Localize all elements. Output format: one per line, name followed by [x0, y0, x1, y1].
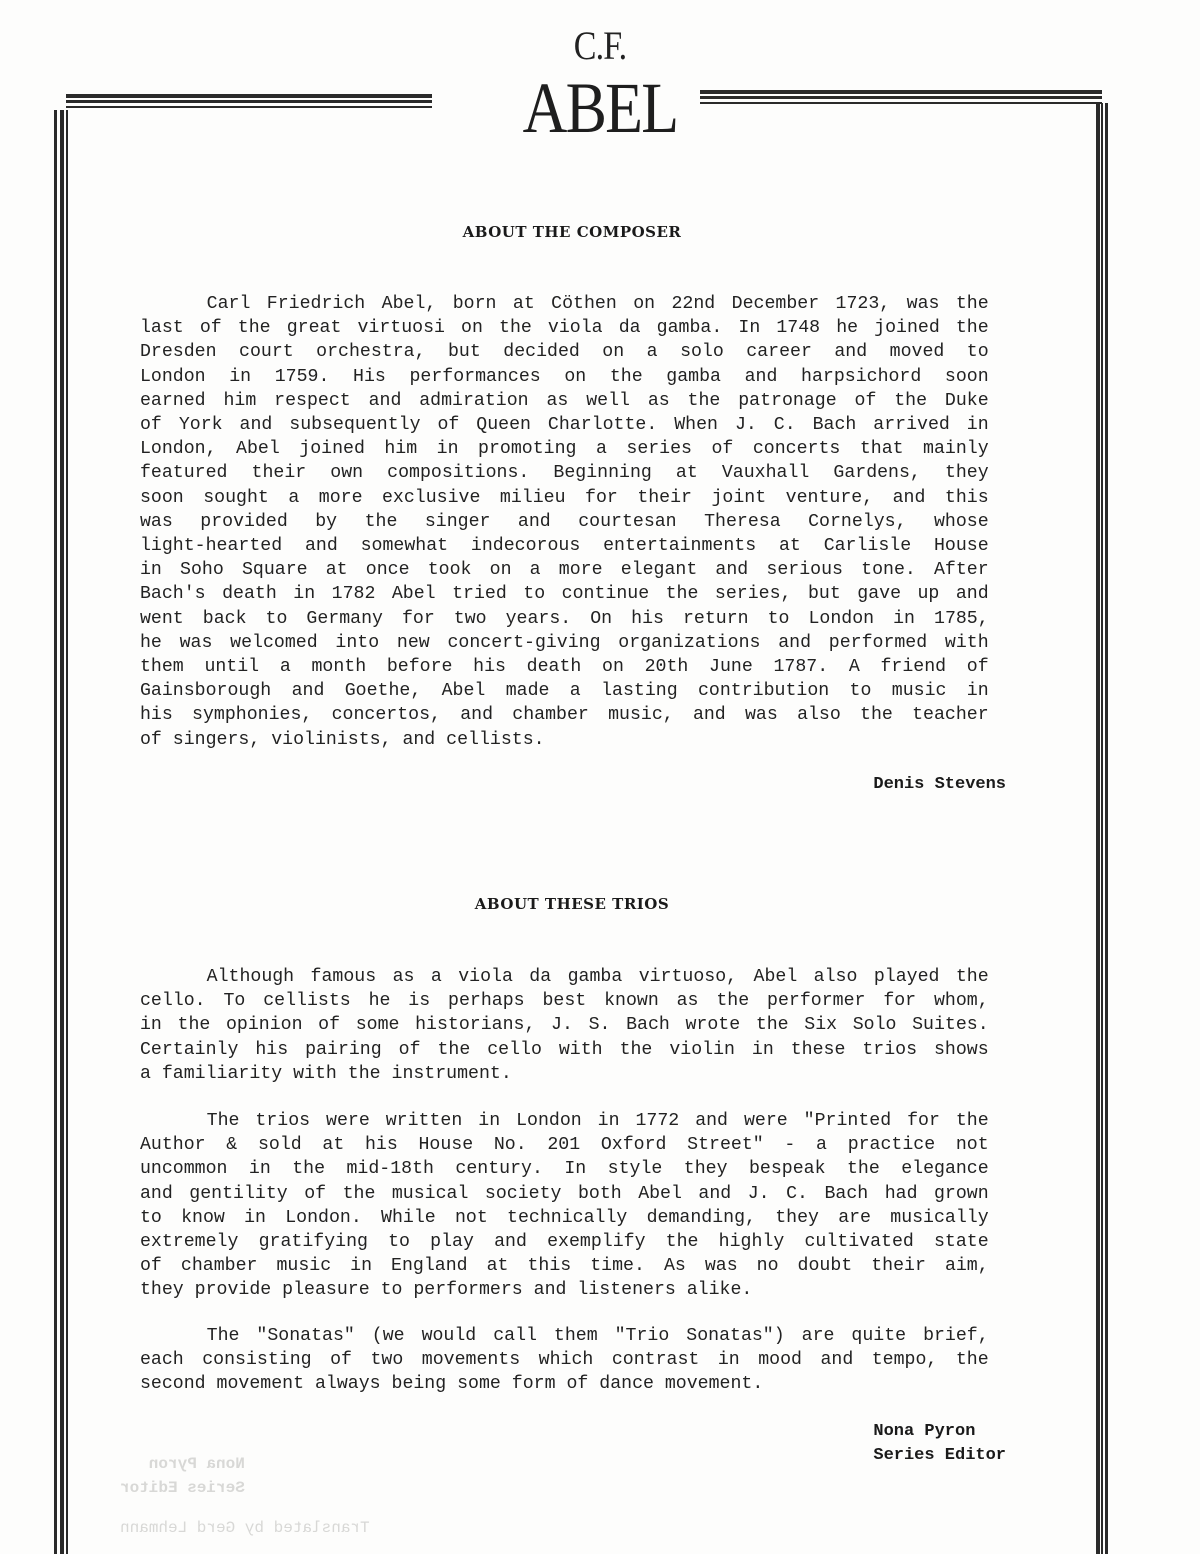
paragraph-line: of chamber music in England at this time… [140, 1254, 989, 1278]
paragraph-line: The "Sonatas" (we would call them "Trio … [140, 1324, 989, 1348]
paragraph-line: in the opinion of some historians, J. S.… [140, 1013, 989, 1037]
paragraph-line: Certainly his pairing of the cello with … [140, 1038, 989, 1062]
paragraph-line: light-hearted and somewhat indecorous en… [140, 534, 989, 558]
paragraph-line: Although famous as a viola da gamba virt… [140, 965, 989, 989]
paragraph-line: went back to Germany for two years. On h… [140, 607, 989, 631]
paragraph-line: of singers, violinists, and cellists. [140, 728, 989, 752]
paragraph-line: Dresden court orchestra, but decided on … [140, 340, 989, 364]
paragraph-line: them until a month before his death on 2… [140, 655, 989, 679]
trios-paragraph-2: The trios were written in London in 1772… [140, 1109, 989, 1303]
paragraph-line: Author & sold at his House No. 201 Oxfor… [140, 1133, 989, 1157]
paragraph-line: his symphonies, concertos, and chamber m… [140, 703, 989, 727]
paragraph-line: second movement always being some form o… [140, 1372, 989, 1396]
paragraph-line: to know in London. While not technically… [140, 1206, 989, 1230]
bleed-through-text: Translated by Gerd Lehmann [120, 1516, 370, 1540]
paragraph-line: Carl Friedrich Abel, born at Cöthen on 2… [140, 292, 989, 316]
paragraph-line: he was welcomed into new concert-giving … [140, 631, 989, 655]
frame-left-rule [54, 110, 68, 1554]
paragraph-line: cello. To cellists he is perhaps best kn… [140, 989, 989, 1013]
composer-signature: Denis Stevens [873, 773, 1006, 797]
signature-title: Series Editor [873, 1444, 1006, 1468]
bleed-through-text: Nona Pyron Series Editor [120, 1452, 245, 1500]
signature-name: Nona Pyron [873, 1420, 1006, 1444]
signature-name: Denis Stevens [873, 775, 1006, 794]
trios-paragraph-3: The "Sonatas" (we would call them "Trio … [140, 1324, 989, 1397]
paragraph-line: The trios were written in London in 1772… [140, 1109, 989, 1133]
paragraph-line: soon sought a more exclusive milieu for … [140, 486, 989, 510]
paragraph-line: was provided by the singer and courtesan… [140, 510, 989, 534]
paragraph-line: uncommon in the mid-18th century. In sty… [140, 1157, 989, 1181]
paragraph-line: a familiarity with the instrument. [140, 1062, 989, 1086]
frame-top-left-rule [66, 94, 432, 108]
paragraph-line: Gainsborough and Goethe, Abel made a las… [140, 679, 989, 703]
section-heading-trios: ABOUT THESE TRIOS [0, 895, 1144, 913]
paragraph-line: each consisting of two movements which c… [140, 1348, 989, 1372]
paragraph-line: London, Abel joined him in promoting a s… [140, 437, 989, 461]
composer-initials: C.F. [90, 26, 1110, 66]
paragraph-line: Bach's death in 1782 Abel tried to conti… [140, 582, 989, 606]
paragraph-line: extremely gratifying to play and exempli… [140, 1230, 989, 1254]
frame-top-right-rule [700, 90, 1102, 104]
paragraph-line: London in 1759. His performances on the … [140, 365, 989, 389]
paragraph-line: last of the great virtuosi on the viola … [140, 316, 989, 340]
paragraph-line: earned him respect and admiration as wel… [140, 389, 989, 413]
composer-surname: ABEL [84, 78, 1116, 138]
paragraph-line: featured their own compositions. Beginni… [140, 461, 989, 485]
section-heading-composer: ABOUT THE COMPOSER [0, 223, 1144, 241]
paragraph-line: in Soho Square at once took on a more el… [140, 558, 989, 582]
paragraph-line: they provide pleasure to performers and … [140, 1278, 989, 1302]
trios-signature: Nona Pyron Series Editor [873, 1420, 1006, 1468]
paragraph-line: of York and subsequently of Queen Charlo… [140, 413, 989, 437]
composer-paragraph: Carl Friedrich Abel, born at Cöthen on 2… [140, 292, 989, 752]
trios-paragraph-1: Although famous as a viola da gamba virt… [140, 965, 989, 1086]
paragraph-line: and gentility of the musical society bot… [140, 1182, 989, 1206]
frame-right-rule [1096, 103, 1110, 1554]
